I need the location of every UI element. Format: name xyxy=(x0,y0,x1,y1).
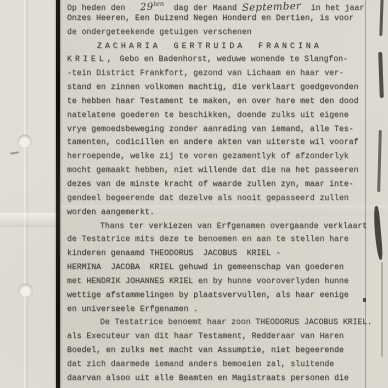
scanned-document-page: Op heden den 29ten dag der Maand Septemb… xyxy=(0,0,388,388)
text-line: de ondergeteekende getuigen verschenen xyxy=(67,26,367,40)
typed-text: kinderen genaamd THEODORUS JACOBUS KRIEL… xyxy=(67,249,281,258)
typed-text: dag der Maand xyxy=(164,4,242,13)
text-line: tamenten, codicillen en andere akten van… xyxy=(67,136,367,150)
fold-crease-horizontal xyxy=(0,213,56,227)
text-line: De Testatrice benoemt haar zoon THEODORU… xyxy=(67,316,367,330)
ink-smudge xyxy=(377,130,382,192)
text-line: daarvan alsoo uit alle Beamten en Magist… xyxy=(67,372,367,386)
text-line: Thans ter verkiezen van Erfgenamen overg… xyxy=(67,220,367,234)
typed-text: de Testatrice mits deze te benoemen en a… xyxy=(67,235,349,244)
text-line: gendeel begeerende dat dezelve als nooit… xyxy=(67,192,367,206)
typed-text: Gebo en Badenhorst, weduwe wonende te Sl… xyxy=(115,55,348,64)
typed-text: daarvan alsoo uit alle Beamten en Magist… xyxy=(67,374,349,383)
typed-text: natelatene goederen te beschikken, doend… xyxy=(67,111,349,120)
text-line: wettige afstammelingen by plaatsvervulle… xyxy=(67,289,367,303)
text-line: -tein District Frankfort, gezond van Lic… xyxy=(67,67,367,81)
typed-text: als Executeur van dit haar Testament, Re… xyxy=(67,332,344,341)
typed-text: mocht gemaakt hebben, niet willende dat … xyxy=(67,166,358,175)
text-line: Boedel, en zulks met macht van Assumptie… xyxy=(67,344,367,358)
handwritten-text: 29 xyxy=(140,1,154,15)
typed-text: vrye gemoedsbeweging zonder aanrading va… xyxy=(67,125,354,134)
text-line: mocht gemaakt hebben, niet willende dat … xyxy=(67,164,367,178)
typed-text: De Testatrice benoemt haar zoon THEODORU… xyxy=(100,318,372,327)
typed-text: ZACHARIA GERTRUIDA FRANCINA xyxy=(97,42,322,51)
typed-text: stand en zinnen volkomen machtig, die ve… xyxy=(67,83,358,92)
typed-text: dat zich daarmede iemand anders bemoeien… xyxy=(67,360,334,369)
ink-smudge xyxy=(379,0,383,36)
text-line: te hebben haar Testament te maken, en ov… xyxy=(67,95,367,109)
text-line: worden aangemerkt. xyxy=(67,206,367,220)
fold-crease-vertical xyxy=(24,0,28,388)
text-line: Op heden den 29ten dag der Maand Septemb… xyxy=(67,0,367,12)
text-line: dezes van de minste kracht of waarde zul… xyxy=(67,178,367,192)
typed-text: worden aangemerkt. xyxy=(67,208,154,217)
text-line: kinderen genaamd THEODORUS JACOBUS KRIEL… xyxy=(67,247,367,261)
text-line: vrye gemoedsbeweging zonder aanrading va… xyxy=(67,123,367,137)
typed-text: te hebben haar Testament te maken, en ov… xyxy=(67,97,358,106)
text-line: en universeele Erfgenamen . xyxy=(67,303,367,317)
typed-text: -tein District Frankfort, gezond van Lic… xyxy=(67,69,344,78)
text-line: Onzes Heeren, Een Duizend Negen Honderd … xyxy=(67,12,367,26)
typed-text: KRIEL, xyxy=(67,55,115,64)
punch-hole-bottom xyxy=(19,284,32,297)
typed-text: in het jaar xyxy=(301,4,364,13)
text-line: herroepende, welke zij te voren gezament… xyxy=(67,150,367,164)
typed-text: wettige afstammelingen by plaatsvervulle… xyxy=(67,291,349,300)
typed-text: met HENDRIK JOHANNES KRIEL en by hunne v… xyxy=(67,277,349,286)
typed-text: en universeele Erfgenamen . xyxy=(67,305,198,314)
text-line: de Testatrice mits deze te benoemen en a… xyxy=(67,233,367,247)
punch-hole-top xyxy=(18,135,31,148)
pencil-mark xyxy=(10,151,19,154)
typed-text: Thans ter verkiezen van Erfgenamen overg… xyxy=(100,222,367,231)
text-line: KRIEL, Gebo en Badenhorst, weduwe wonend… xyxy=(67,53,367,67)
text-line: natelatene goederen te beschikken, doend… xyxy=(67,109,367,123)
text-line: ZACHARIA GERTRUIDA FRANCINA xyxy=(67,40,367,54)
typed-text: herroepende, welke zij te voren gezament… xyxy=(67,152,349,161)
typed-text: tamenten, codicillen en andere akten van… xyxy=(67,138,358,147)
handwritten-text: ten xyxy=(153,0,164,8)
handwritten-text: September xyxy=(242,0,302,16)
typed-text: Op heden den xyxy=(67,4,140,13)
binding-edge-line xyxy=(56,0,60,388)
typed-text: gendeel begeerende dat dezelve als nooit… xyxy=(67,194,349,203)
ink-smudge xyxy=(381,262,383,357)
ink-smudge xyxy=(378,52,384,98)
typed-text: de ondergeteekende getuigen verschenen xyxy=(67,28,252,37)
text-line: stand en zinnen volkomen machtig, die ve… xyxy=(67,81,367,95)
text-line: HERMINA JACOBA KRIEL gehuwd in gemeensch… xyxy=(67,261,367,275)
document-text: Op heden den 29ten dag der Maand Septemb… xyxy=(67,0,367,386)
typed-text: HERMINA JACOBA KRIEL gehuwd in gemeensch… xyxy=(67,263,344,272)
typed-text: dezes van de minste kracht of waarde zul… xyxy=(67,180,354,189)
typed-text: Onzes Heeren, Een Duizend Negen Honderd … xyxy=(67,14,354,23)
text-line: als Executeur van dit haar Testament, Re… xyxy=(67,330,367,344)
text-line: met HENDRIK JOHANNES KRIEL en by hunne v… xyxy=(67,275,367,289)
text-line: dat zich daarmede iemand anders bemoeien… xyxy=(67,358,367,372)
typed-text: Boedel, en zulks met macht van Assumptie… xyxy=(67,346,344,355)
